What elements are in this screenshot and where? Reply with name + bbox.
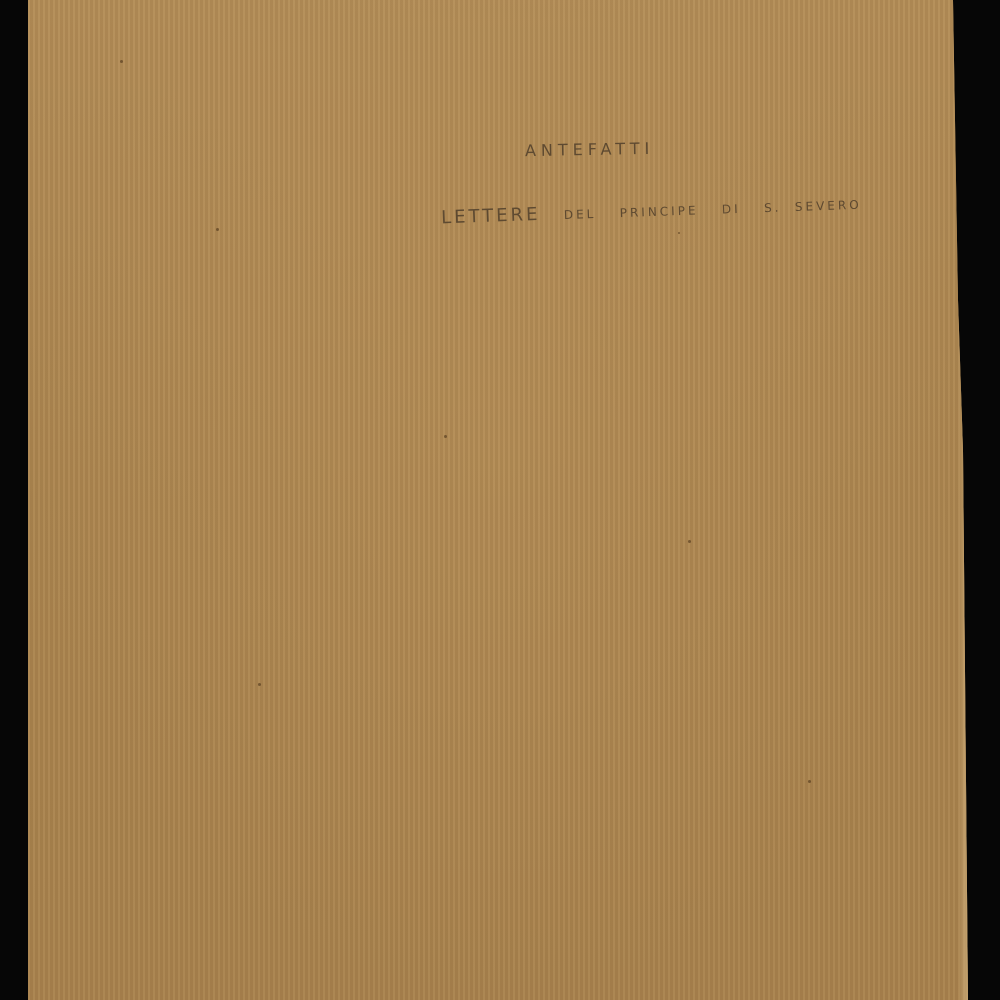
paper-speck — [678, 232, 680, 234]
subtitle-word: S. — [764, 200, 782, 215]
paper-speck — [688, 540, 691, 543]
kraft-paper-folder-cover: ANTEFATTI LETTERE DEL PRINCIPE DI S. SEV… — [28, 0, 968, 1000]
paper-speck — [808, 780, 811, 783]
subtitle-word: DEL — [564, 207, 597, 222]
scan-background: ANTEFATTI LETTERE DEL PRINCIPE DI S. SEV… — [0, 0, 1000, 1000]
handwritten-subtitle: LETTERE DEL PRINCIPE DI S. SEVERO — [441, 193, 862, 229]
paper-right-edge — [958, 0, 968, 1000]
paper-speck — [258, 683, 261, 686]
handwritten-title: ANTEFATTI — [525, 139, 655, 160]
paper-speck — [120, 60, 123, 63]
paper-speck — [216, 228, 219, 231]
subtitle-word: PRINCIPE — [619, 203, 698, 220]
subtitle-word: LETTERE — [441, 204, 541, 228]
subtitle-word: DI — [722, 202, 741, 217]
paper-speck — [444, 435, 447, 438]
subtitle-word: SEVERO — [795, 198, 862, 214]
